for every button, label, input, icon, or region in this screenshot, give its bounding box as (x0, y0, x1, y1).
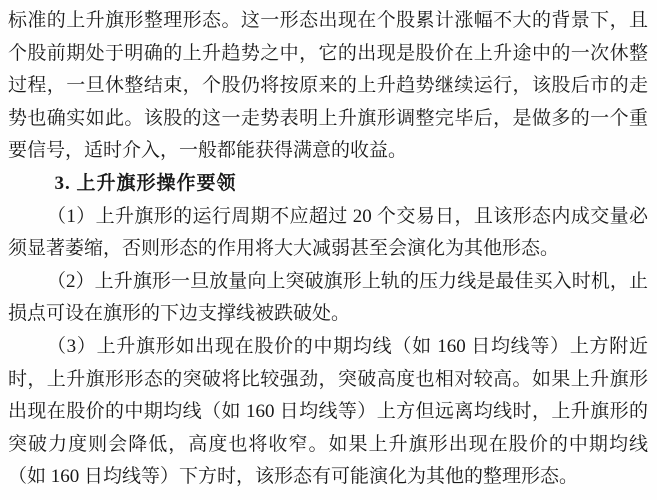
paragraph-numbered-item-2: （2）上升旗形一旦放量向上突破旗形上轨的压力线是最佳买入时机，止 损点可设在旗形… (8, 266, 648, 331)
text-line: 个股前期处于明确的上升趋势之中，它的出现是股价在上升途中的一次休整 (8, 38, 648, 71)
section-heading-text: 3. 上升旗形操作要领 (8, 168, 648, 201)
text-line: （1）上升旗形的运行周期不应超过 20 个交易日，且该形态内成交量必 (8, 201, 648, 234)
paragraph-numbered-item-1: （1）上升旗形的运行周期不应超过 20 个交易日，且该形态内成交量必 须显著萎缩… (8, 201, 648, 266)
text-line: 标准的上升旗形整理形态。这一形态出现在个股累计涨幅不大的背景下，且 (8, 5, 648, 38)
section-heading: 3. 上升旗形操作要领 (8, 168, 648, 201)
text-line: 时，上升旗形形态的突破将比较强劲，突破高度也相对较高。如果上升旗形 (8, 364, 648, 397)
text-line: （3）上升旗形如出现在股价的中期均线（如 160 日均线等）上方附近 (8, 331, 648, 364)
text-line: 过程，一旦休整结束，个股仍将按原来的上升趋势继续运行，该股后市的走 (8, 70, 648, 103)
text-line: 势也确实如此。该股的这一走势表明上升旗形调整完毕后，是做多的一个重 (8, 103, 648, 136)
text-line: （如 160 日均线等）下方时，该形态有可能演化为其他的整理形态。 (8, 461, 648, 494)
text-line: 出现在股价的中期均线（如 160 日均线等）上方但远离均线时，上升旗形的 (8, 396, 648, 429)
text-line: 须显著萎缩，否则形态的作用将大大减弱甚至会演化为其他形态。 (8, 233, 648, 266)
scanned-book-page: 标准的上升旗形整理形态。这一形态出现在个股累计涨幅不大的背景下，且 个股前期处于… (0, 0, 657, 500)
text-line: 损点可设在旗形的下边支撑线被跌破处。 (8, 298, 648, 331)
text-line: 突破力度则会降低，高度也将收窄。如果上升旗形出现在股价的中期均线 (8, 429, 648, 462)
text-line: 要信号，适时介入，一般都能获得满意的收益。 (8, 135, 648, 168)
paragraph-numbered-item-3: （3）上升旗形如出现在股价的中期均线（如 160 日均线等）上方附近 时，上升旗… (8, 331, 648, 494)
text-line: （2）上升旗形一旦放量向上突破旗形上轨的压力线是最佳买入时机，止 (8, 266, 648, 299)
paragraph-body-continuation: 标准的上升旗形整理形态。这一形态出现在个股累计涨幅不大的背景下，且 个股前期处于… (8, 5, 648, 168)
